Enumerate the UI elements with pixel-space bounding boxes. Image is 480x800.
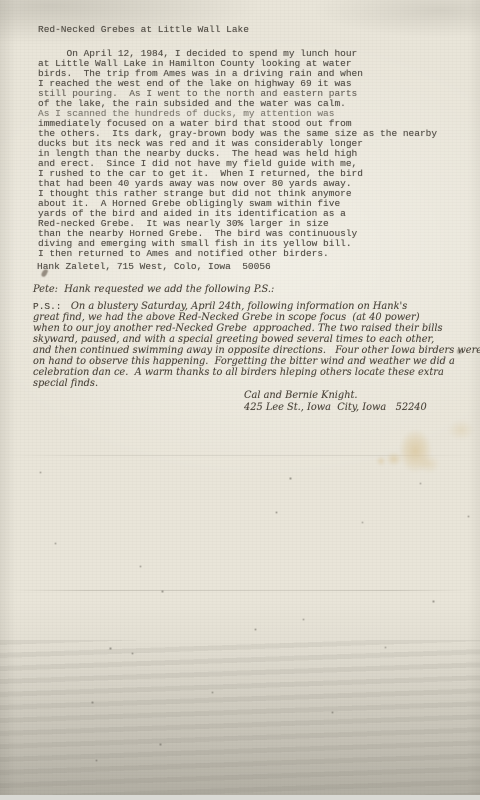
contact-line: Hank Zaletel, 715 West, Colo, Iowa 50056 xyxy=(37,262,271,272)
postscript-body: P.S.: On a blustery Saturday, April 24th… xyxy=(33,301,480,389)
script-line: celebration dan ce. A warm thanks to all… xyxy=(33,367,480,378)
script-line: great find, we had the above Red-Necked … xyxy=(33,312,480,323)
stain xyxy=(418,455,440,473)
script-line: skyward, paused, and with a special gree… xyxy=(33,334,480,345)
pete-note-line: Pete: Hank requested we add the followin… xyxy=(33,284,274,295)
signature-block: Cal and Bernie Knight. 425 Lee St., Iowa… xyxy=(244,390,427,413)
stain xyxy=(399,429,432,473)
scanned-letter-page: Red-Necked Grebes at Little Wall Lake On… xyxy=(0,0,480,800)
script-line: when to our joy another red-Necked Grebe… xyxy=(33,323,480,334)
script-line: on hand to observe this happening. Forge… xyxy=(33,356,480,367)
stain xyxy=(376,456,386,466)
typed-line: As I scanned the hundreds of ducks, my a… xyxy=(38,109,437,119)
script-line-text: On a blustery Saturday, April 24th, foll… xyxy=(62,301,408,312)
stain xyxy=(448,420,474,440)
typed-line: still pouring. As I went to the north an… xyxy=(38,89,437,99)
paper-crease xyxy=(0,455,480,456)
typed-line: I then returned to Ames and notified oth… xyxy=(38,249,437,259)
signature-address-line: 425 Lee St., Iowa City, Iowa 52240 xyxy=(244,402,427,414)
paper-crease xyxy=(0,590,480,591)
script-line: P.S.: On a blustery Saturday, April 24th… xyxy=(33,301,480,312)
stain xyxy=(386,452,402,466)
paper-specks xyxy=(0,0,1,1)
scan-artifact xyxy=(457,349,462,354)
ps-label: P.S.: xyxy=(33,301,62,312)
letter-title: Red-Necked Grebes at Little Wall Lake xyxy=(38,25,249,35)
photocopy-noise xyxy=(0,640,480,800)
script-line: and then continued swimming away in oppo… xyxy=(33,345,480,356)
signature-name-line: Cal and Bernie Knight. xyxy=(244,390,427,402)
script-line: special finds. xyxy=(33,378,480,389)
letter-body: On April 12, 1984, I decided to spend my… xyxy=(38,49,437,259)
scan-edge xyxy=(0,795,480,800)
